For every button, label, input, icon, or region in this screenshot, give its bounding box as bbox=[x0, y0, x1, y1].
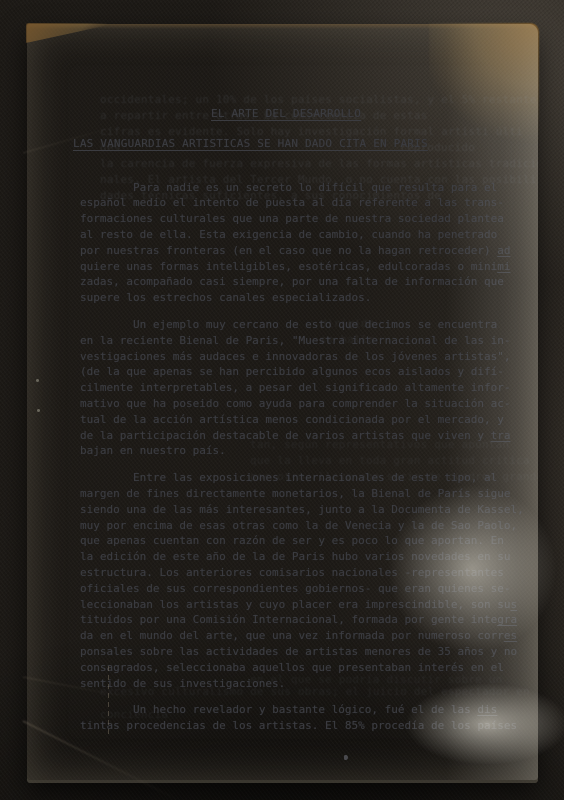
text-line: (de la que apenas se han percibido algun… bbox=[80, 364, 533, 380]
text-line: al resto de ella. Esta exigencia de camb… bbox=[80, 227, 533, 243]
text-line: supere los estrechos canales especializa… bbox=[80, 290, 533, 306]
text-line: ponsales sobre las actividades de artist… bbox=[80, 644, 533, 660]
text-line: en la reciente Bienal de Paris, "Muestra… bbox=[80, 333, 533, 349]
word-break-underline: gra bbox=[497, 613, 517, 626]
text-line: Un hecho revelador y bastante lógico, fu… bbox=[80, 702, 533, 718]
text-line: español medio el intento de puesta al dí… bbox=[80, 195, 533, 211]
word-break-underline: tra bbox=[491, 429, 511, 442]
word-break-underline: s bbox=[510, 598, 517, 611]
text-line: sentido de sus investigaciones. bbox=[80, 676, 533, 692]
document-subtitle: LAS VANGUARDIAS ARTISTICAS SE HAN DADO C… bbox=[73, 136, 533, 152]
word-break-underline: ad bbox=[497, 244, 510, 257]
text-line: tituídos por una Comisión Internacional,… bbox=[80, 612, 533, 628]
text-line: tual de la acción artística menos condic… bbox=[80, 412, 533, 428]
paragraph-container: Para nadie es un secreto lo difícil que … bbox=[73, 180, 533, 734]
text-line: Un ejemplo muy cercano de esto que decim… bbox=[80, 317, 533, 333]
text-line: de la participación destacable de varios… bbox=[80, 428, 533, 444]
text-line: consagrados, seleccionaba aquellos que p… bbox=[80, 660, 533, 676]
paragraph: Un hecho revelador y bastante lógico, fu… bbox=[80, 702, 533, 734]
word-break-underline: mi bbox=[497, 260, 510, 273]
text-line: bajan en nuestro país. bbox=[80, 443, 533, 459]
text-line: da en el mundo del arte, que una vez inf… bbox=[80, 628, 533, 644]
typed-content: EL ARTE DEL DESARROLLO LAS VANGUARDIAS A… bbox=[73, 106, 533, 745]
text-line: zadas, acompañado casi siempre, por una … bbox=[80, 274, 533, 290]
paragraph: Para nadie es un secreto lo difícil que … bbox=[80, 180, 533, 306]
paper-speck bbox=[37, 409, 40, 412]
text-line: oficiales de sus correspondientes gobier… bbox=[80, 581, 533, 597]
paper-speck bbox=[36, 379, 39, 382]
text-line: Para nadie es un secreto lo difícil que … bbox=[80, 180, 533, 196]
text-line: margen de fines directamente monetarios,… bbox=[80, 486, 533, 502]
document-title: EL ARTE DEL DESARROLLO bbox=[211, 106, 533, 122]
text-line: Entre las exposiciones internacionales d… bbox=[80, 470, 533, 486]
text-line: que apenas cuentan con razón de ser y es… bbox=[80, 533, 533, 549]
text-line: muy por encima de esas otras como la de … bbox=[80, 518, 533, 534]
paper-speck bbox=[344, 755, 348, 760]
paragraph: Un ejemplo muy cercano de esto que decim… bbox=[80, 317, 533, 459]
text-line: la edición de este año de la de Paris hu… bbox=[80, 549, 533, 565]
text-line: cilmente interpretables, a pesar del sig… bbox=[80, 380, 533, 396]
text-line: leccionaban los artistas y cuyo placer e… bbox=[80, 597, 533, 613]
text-line: vestigaciones más audaces e innovadoras … bbox=[80, 349, 533, 365]
document-page: occidentales; un 10% de los países socia… bbox=[27, 24, 538, 780]
text-line: siendo una de las más interesantes, junt… bbox=[80, 502, 533, 518]
word-break-underline: es bbox=[504, 629, 517, 642]
text-line: formaciones culturales que una parte de … bbox=[80, 211, 533, 227]
paragraph: Entre las exposiciones internacionales d… bbox=[80, 470, 533, 691]
text-line: mativo que ha poseido como ayuda para co… bbox=[80, 396, 533, 412]
text-line: por nuestras fronteras (en el caso que n… bbox=[80, 243, 533, 259]
word-break-underline: dis bbox=[477, 703, 497, 716]
text-line: tintas procedencias de los artistas. El … bbox=[80, 718, 533, 734]
text-line: quiere unas formas inteligibles, esotéri… bbox=[80, 259, 533, 275]
paper-crease bbox=[108, 666, 109, 738]
text-line: estructura. Los anteriores comisarios na… bbox=[80, 565, 533, 581]
